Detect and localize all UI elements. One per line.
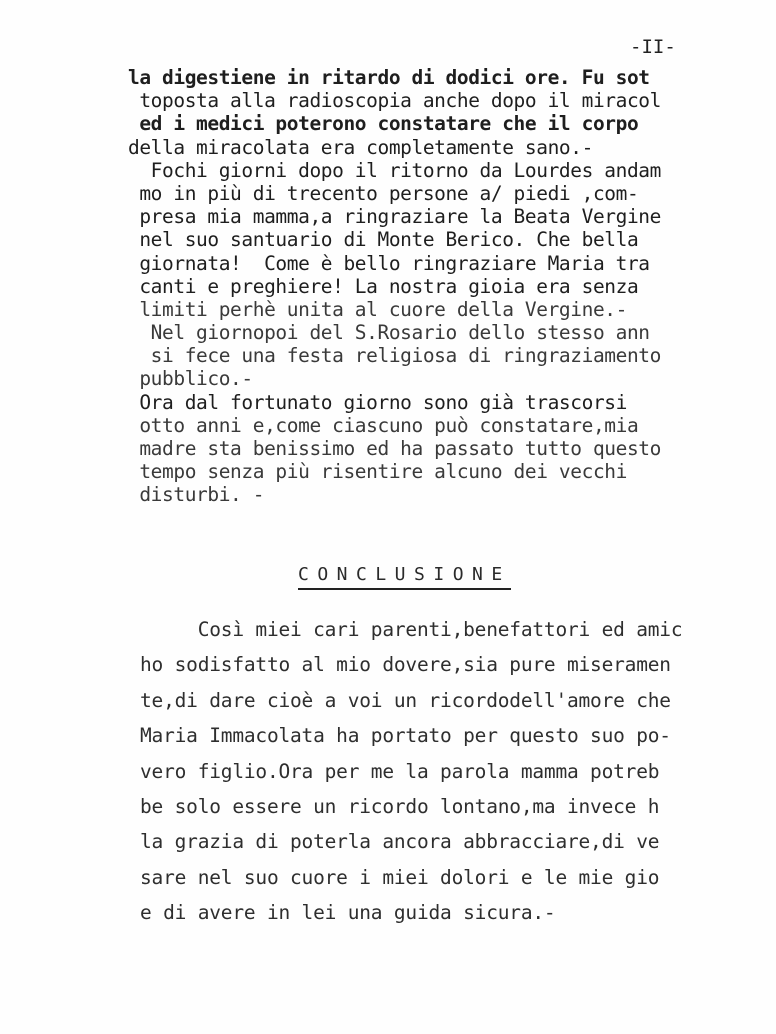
text-line: pubblico.- [128,367,728,390]
text-line: Ora dal fortunato giorno sono già trasco… [128,391,728,414]
text-line: nel suo santuario di Monte Berico. Che b… [128,228,728,251]
section-heading: CONCLUSIONE [298,564,511,590]
text-line: tempo senza più risentire alcuno dei vec… [128,460,728,483]
text-line: ed i medici poterono constatare che il c… [128,112,728,135]
text-line: mo in più di trecento persone a/ piedi ,… [128,182,728,205]
text-line: Nel giornopoi del S.Rosario dello stesso… [128,321,728,344]
conclusion-paragraph: Così miei cari parenti,benefattori ed am… [140,612,720,931]
text-line: ho sodisfatto al mio dovere,sia pure mis… [140,647,720,682]
page-number: -II- [630,36,676,58]
text-line: della miracolata era completamente sano.… [128,136,728,159]
text-line: la grazia di poterla ancora abbracciare,… [140,824,720,859]
text-line: te,di dare cioè a voi un ricordodell'amo… [140,683,720,718]
text-line: canti e preghiere! La nostra gioia era s… [128,275,728,298]
typewritten-page: -II- la digestiene in ritardo di dodici … [0,0,776,1034]
text-line: be solo essere un ricordo lontano,ma inv… [140,789,720,824]
text-line: si fece una festa religiosa di ringrazia… [128,344,728,367]
text-line: Maria Immacolata ha portato per questo s… [140,718,720,753]
text-line: sare nel suo cuore i miei dolori e le mi… [140,860,720,895]
text-line: giornata! Come è bello ringraziare Maria… [128,252,728,275]
text-line: disturbi. - [128,483,728,506]
text-line: presa mia mamma,a ringraziare la Beata V… [128,205,728,228]
text-line: limiti perhè unita al cuore della Vergin… [128,298,728,321]
text-line: la digestiene in ritardo di dodici ore. … [128,66,728,89]
text-line: otto anni e,come ciascuno può constatare… [128,414,728,437]
text-line: e di avere in lei una guida sicura.- [140,895,720,930]
text-line: Fochi giorni dopo il ritorno da Lourdes … [128,159,728,182]
text-line: madre sta benissimo ed ha passato tutto … [128,437,728,460]
text-line: toposta alla radioscopia anche dopo il m… [128,89,728,112]
text-line: Così miei cari parenti,benefattori ed am… [140,612,720,647]
text-line: vero figlio.Ora per me la parola mamma p… [140,754,720,789]
narrative-paragraphs: la digestiene in ritardo di dodici ore. … [128,66,728,507]
